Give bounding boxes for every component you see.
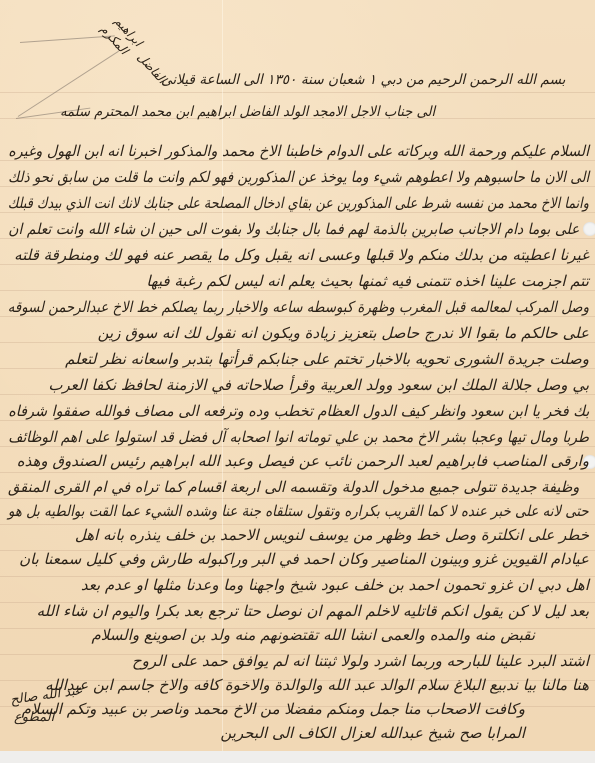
- body-line: وارقى المناصب فابراهيم لعبد الرحمن نائب …: [17, 452, 589, 470]
- body-line: وظيفة جديدة تتولى جميع مدخول الدولة وتقس…: [8, 478, 579, 496]
- letter-header-date: بسم الله الرحمن الرحيم من دبي ١ شعبان سن…: [160, 72, 565, 88]
- body-line: عيادام القيوين غزو وبينون المناصير وكان …: [19, 550, 589, 568]
- ruled-line: [0, 160, 595, 161]
- body-line: تتم اجزمت علينا اخذه تتمنى فيه ثمنها بحي…: [146, 272, 589, 290]
- letter-salutation: الى جناب الاجل الامجد الولد الفاضل ابراه…: [60, 104, 435, 120]
- ruled-line: [0, 472, 595, 473]
- body-line: وانما الاخ محمد من نفسه شرط على المذكوري…: [8, 194, 589, 212]
- signature-title: المطوع: [14, 710, 54, 725]
- body-line: طربا ومال تيها وعجبا بشر الاخ محمد بن عل…: [8, 428, 589, 446]
- body-line: وصلت جريدة الشورى تحويه بالاخبار تختم عل…: [65, 350, 589, 368]
- ruled-line: [0, 316, 595, 317]
- body-line: اشتد البرد علينا للبارحه وربما اشرد ولول…: [132, 652, 589, 670]
- ruled-line: [0, 524, 595, 525]
- pencil-mark: [20, 35, 115, 43]
- body-line: حتى لانه على خبر عنده لا كما القريب بكرا…: [8, 502, 589, 520]
- body-line: اهل دبي ان غزو تحمون احمد بن خلف عبود شي…: [81, 576, 589, 594]
- body-line: الى الان ما حاسبوهم ولا اعطوهم شيء وما ي…: [8, 168, 589, 186]
- ruled-line: [0, 420, 595, 421]
- ruled-line: [0, 186, 595, 187]
- ruled-line: [0, 446, 595, 447]
- ruled-line: [0, 498, 595, 499]
- body-line: غيرنا اعطيته من بدلك منكم ولا قبلها وعسى…: [14, 246, 589, 264]
- body-line: المرابا صح شيخ عبدالله لعزال الكاف الى ا…: [220, 724, 525, 742]
- punch-hole: [583, 222, 595, 236]
- body-line: وصل المركب لمعالمه قبل المغرب وظهرة كبوس…: [8, 298, 589, 316]
- body-line: هنا مالنا بيا ندبيع البلاغ سلام الوالد ع…: [45, 676, 589, 694]
- body-line: نقبض منه والمده والعمى انشا الله تقتضونه…: [92, 626, 535, 644]
- body-line: بعد ليل لا كن يقول انكم قاتليه لاخلم الم…: [37, 602, 589, 620]
- body-line: على حالكم ما بقوا الا ندرج حاصل بتعزيز ز…: [98, 324, 589, 342]
- body-line: بك فخر يا ابن سعود وانظر كيف الدول العظا…: [8, 402, 589, 420]
- body-line: بي وصل جلالة الملك ابن سعود وولد العربية…: [48, 376, 589, 394]
- ruled-line: [0, 394, 595, 395]
- ruled-line: [0, 368, 595, 369]
- ruled-line: [0, 238, 595, 239]
- ruled-line: [0, 212, 595, 213]
- body-line: خطر على انكلترة وصل خط وظهر من يوسف لنوي…: [75, 526, 589, 544]
- ruled-line: [0, 92, 595, 93]
- body-line: على بوما دام الاجانب صابرين بالذمة لهم ف…: [8, 220, 579, 238]
- ruled-line: [0, 290, 595, 291]
- ruled-line: [0, 264, 595, 265]
- body-line: السلام عليكم ورحمة الله وبركاته على الدو…: [8, 142, 589, 160]
- ruled-line: [0, 342, 595, 343]
- body-line: وكافت الاصحاب منا جمل ومنكم مفضلا من الا…: [22, 700, 525, 718]
- letter-paper: المكرم ابراهيم الفاضل بسم الله الرحمن ال…: [0, 0, 595, 751]
